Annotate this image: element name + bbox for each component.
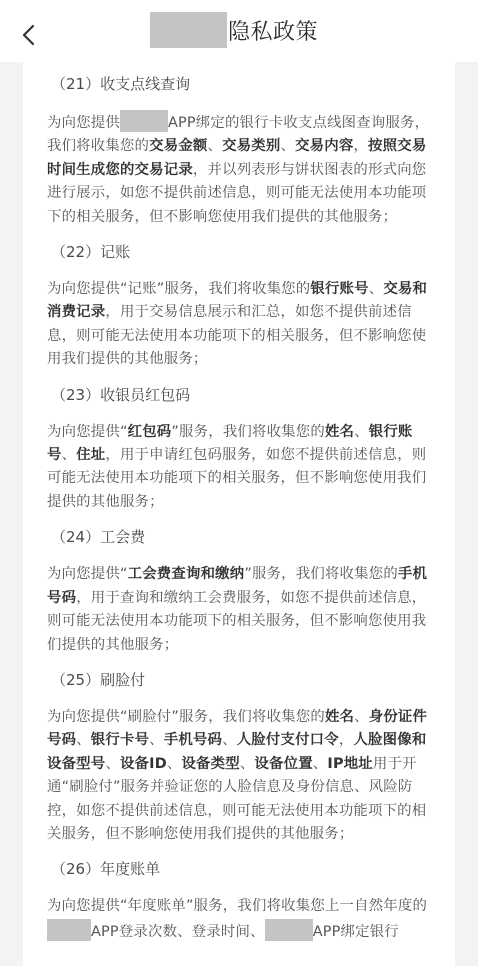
section-body: 为向您提供“红包码”服务，我们将收集您的姓名、银行账号、住址，用于申请红包码服务… (47, 421, 432, 515)
chevron-left-icon (14, 20, 44, 50)
policy-section: （23）收银员红包码为向您提供“红包码”服务，我们将收集您的姓名、银行账号、住址… (47, 383, 432, 515)
body-text: 、 (240, 756, 255, 772)
body-text: ，用于查询和缴纳工会费服务，如您不提供前述信息，则可能无法使用本功能项下的相关服… (47, 590, 426, 653)
section-body: 为向您提供APP绑定的银行卡收支点线图查询服务，我们将收集您的交易金额、交易类别… (47, 110, 432, 229)
page-title-text: 隐私政策 (228, 15, 318, 46)
body-text: ”服务，我们将收集您的 (244, 566, 398, 582)
emphasized-data-item: 设备ID (120, 756, 167, 772)
body-text: ， (353, 138, 368, 154)
emphasized-data-item: 银行卡号 (91, 732, 149, 748)
section-heading: （23）收银员红包码 (51, 383, 432, 407)
body-text: 、 (62, 447, 77, 463)
body-text: 、 (105, 756, 120, 772)
emphasized-data-item: 红包码 (128, 424, 172, 440)
body-text: ， (339, 732, 354, 748)
emphasized-data-item: IP地址 (327, 756, 372, 772)
section-heading: （24）工会费 (51, 525, 432, 549)
policy-sections: （21）收支点线查询为向您提供APP绑定的银行卡收支点线图查询服务，我们将收集您… (47, 72, 432, 955)
section-heading: （26）年度账单 (51, 857, 432, 881)
section-heading: （22）记账 (51, 240, 432, 264)
body-text: 、 (76, 732, 91, 748)
body-text: APP登录次数、登录时间、 (91, 924, 265, 940)
body-text: 、 (167, 756, 182, 772)
body-text: ”服务，我们将收集您的 (171, 424, 325, 440)
back-button[interactable] (14, 20, 44, 50)
policy-section: （26）年度账单为向您提供“年度账单”服务，我们将收集您上一自然年度的APP登录… (47, 857, 432, 944)
body-text: 、 (149, 732, 164, 748)
body-text: 、 (313, 756, 328, 772)
policy-section: （24）工会费为向您提供“工会费查询和缴纳”服务，我们将收集您的手机号码，用于查… (47, 525, 432, 657)
policy-section: （22）记账为向您提供“记账”服务，我们将收集您的银行账号、交易和消费记录，用于… (47, 240, 432, 372)
section-body: 为向您提供“年度账单”服务，我们将收集您上一自然年度的APP登录次数、登录时间、… (47, 895, 432, 944)
body-text: 、 (369, 281, 384, 297)
body-text: APP绑定银行 (313, 924, 399, 940)
body-text: 、 (222, 732, 237, 748)
policy-section: （25）刷脸付为向您提供“刷脸付”服务，我们将收集您的姓名、身份证件号码、银行卡… (47, 668, 432, 846)
redacted-app-name (150, 12, 227, 48)
section-body: 为向您提供“刷脸付”服务，我们将收集您的姓名、身份证件号码、银行卡号、手机号码、… (47, 706, 432, 846)
body-text: 为向您提供“刷脸付”服务，我们将收集您的 (47, 709, 325, 725)
body-text: 为向您提供“ (47, 424, 128, 440)
emphasized-data-item: 人脸付支付口令 (237, 732, 339, 748)
emphasized-data-item: 银行账号 (310, 281, 368, 297)
emphasized-data-item: 工会费查询和缴纳 (128, 566, 245, 582)
redacted-app-name (47, 919, 91, 941)
emphasized-data-item: 交易金额 (149, 138, 207, 154)
body-text: 为向您提供“ (47, 566, 128, 582)
page-title: 隐私政策 (150, 12, 318, 48)
policy-section: （21）收支点线查询为向您提供APP绑定的银行卡收支点线图查询服务，我们将收集您… (47, 72, 432, 229)
section-body: 为向您提供“工会费查询和缴纳”服务，我们将收集您的手机号码，用于查询和缴纳工会费… (47, 563, 432, 657)
section-heading: （21）收支点线查询 (51, 72, 432, 96)
section-heading: （25）刷脸付 (51, 668, 432, 692)
emphasized-data-item: 交易类别 (222, 138, 280, 154)
emphasized-data-item: 设备类型 (181, 756, 239, 772)
emphasized-data-item: 交易内容 (295, 138, 353, 154)
redacted-app-name (120, 110, 168, 132)
emphasized-data-item: 设备位置 (254, 756, 312, 772)
body-text: 、 (354, 424, 369, 440)
emphasized-data-item: 手机号码 (164, 732, 222, 748)
body-text: 、 (208, 138, 223, 154)
emphasized-data-item: 姓名 (325, 709, 354, 725)
body-text: 为向您提供“年度账单”服务，我们将收集您上一自然年度的 (47, 898, 427, 914)
redacted-app-name (265, 919, 313, 941)
body-text: 为向您提供“记账”服务，我们将收集您的 (47, 281, 310, 297)
body-text: 为向您提供 (47, 115, 120, 131)
top-nav-bar: 隐私政策 (0, 0, 478, 62)
section-body: 为向您提供“记账”服务，我们将收集您的银行账号、交易和消费记录，用于交易信息展示… (47, 278, 432, 372)
emphasized-data-item: 姓名 (325, 424, 354, 440)
body-text: 、 (354, 709, 369, 725)
body-text: 、 (280, 138, 295, 154)
emphasized-data-item: 住址 (76, 447, 105, 463)
